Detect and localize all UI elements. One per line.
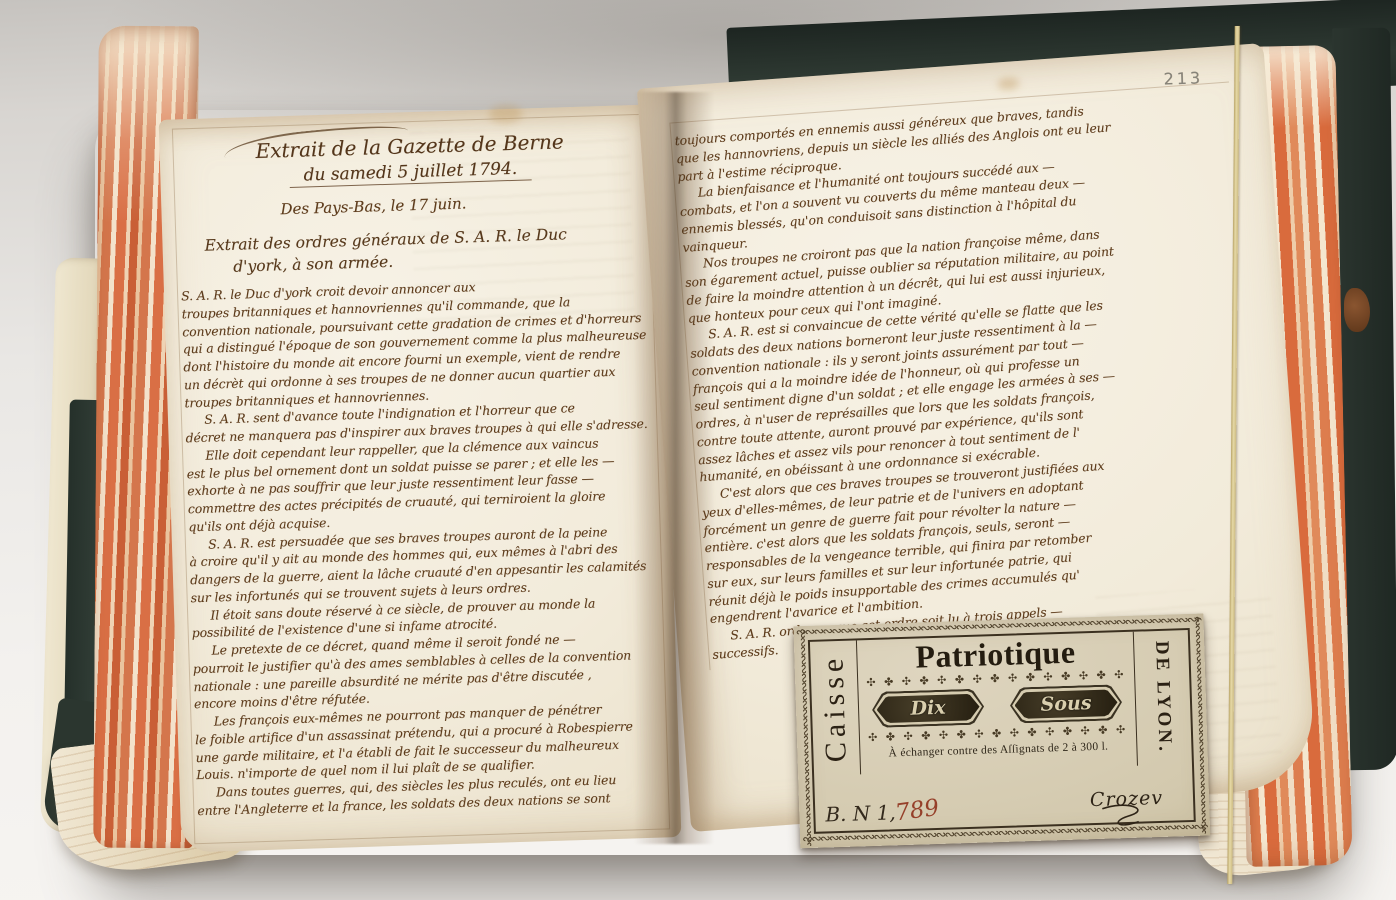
serial-number-red: 789 [894,795,941,827]
book-photo: Extrait de la Gazette de Berne du samedi… [0,0,1396,900]
right-page-body: toujours comportés en ennemis aussi géné… [674,91,1277,664]
left-page-body: S. A. R. le Duc d'york croit devoir anno… [181,273,669,820]
pencil-folio-number: 213 [1163,68,1203,88]
left-page: Extrait de la Gazette de Berne du samedi… [159,104,682,852]
right-page: 213 toujours comportés en ennemis aussi … [637,43,1318,832]
ticket-signature: Crozev [1090,787,1164,811]
ticket-bottom-row: B. N 1,789 Crozev [814,764,1194,832]
ticket-de-lyon-label: DE LYON. [1134,630,1192,766]
denomination-box-sous: Sous [1009,684,1122,724]
ticket-center-panel: Patriotique ✣ ✤ ✣ ✤ ✣ ✤ ✣ ✤ ✣ ✤ ✣ ✤ ✣ ✤ … [856,632,1138,775]
ticket-title: Patriotique [915,635,1076,674]
fox-stain [997,77,1020,91]
clasp-remnant [1344,288,1370,332]
signature-flourish [1098,803,1157,831]
ticket-inner-frame: Caisse Patriotique ✣ ✤ ✣ ✤ ✣ ✤ ✣ ✤ ✣ ✤ ✣… [808,628,1196,834]
assignat-ticket: ∾∾∾∾∾∾∾∾∾∾∾∾∾∾∾∾∾∾∾∾∾∾∾∾∾∾∾∾∾∾∾∾∾∾∾∾∾∾∾∾… [793,614,1210,849]
ticket-serial: B. N 1,789 [825,798,940,828]
gutter-shadow [634,92,714,844]
denomination-boxes: Dix Sous [872,684,1123,728]
denomination-box-dix: Dix [872,688,985,728]
ticket-caisse-label: Caisse [810,640,860,775]
